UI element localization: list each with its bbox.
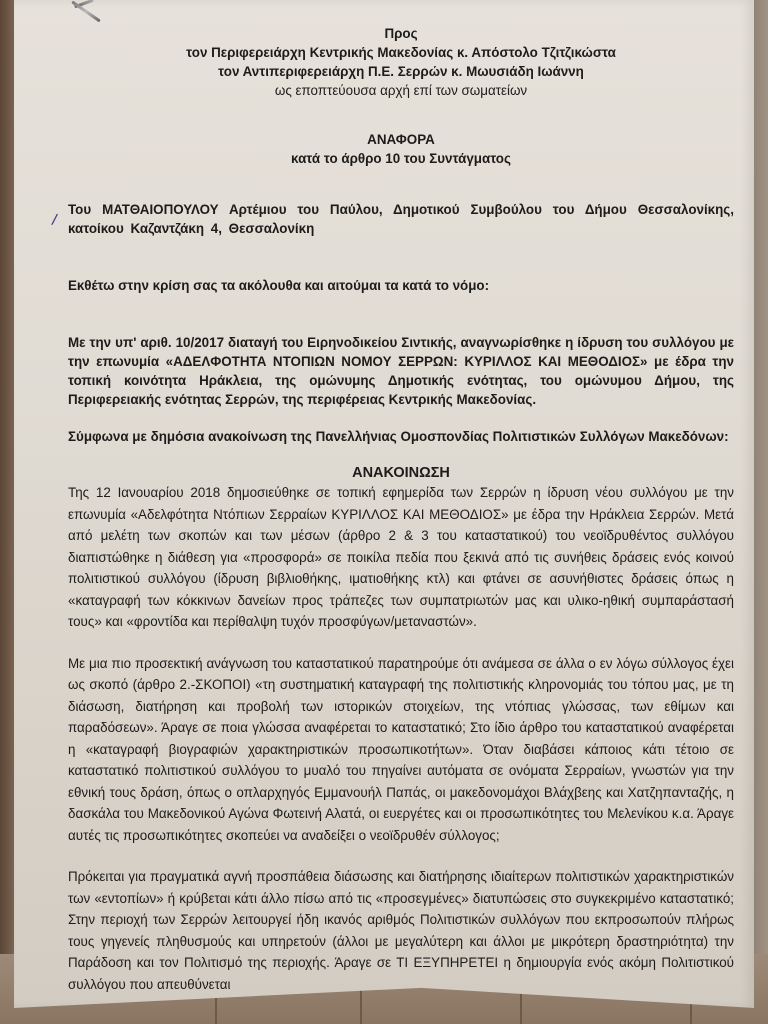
to-label: Προς [68,24,734,43]
sender-paragraph: Του ΜΑΤΘΑΙΟΠΟΥΛΟΥ Αρτέμιου του Παύλου, Δ… [68,200,734,238]
document-page: / Προς τον Περιφερειάρχη Κεντρικής Μακεδ… [14,0,754,1008]
announcement-paragraph: Της 12 Ιανουαρίου 2018 δημοσιεύθηκε σε τ… [68,482,734,633]
document-title: ΑΝΑΦΟΡΑ [68,130,734,149]
addressee-line-2: τον Αντιπεριφερειάρχη Π.Ε. Σερρών κ. Μωυ… [68,62,734,81]
document-content: Προς τον Περιφερειάρχη Κεντρικής Μακεδον… [68,24,734,995]
according-paragraph: Σύμφωνα με δημόσια ανακοίνωση της Πανελλ… [68,427,734,446]
announcement-paragraph: Πρόκειται για πραγματικά αγνή προσπάθεια… [68,866,734,995]
pen-mark: / [50,212,58,231]
addressee-block: Προς τον Περιφερειάρχη Κεντρικής Μακεδον… [68,24,734,100]
intro-paragraph: Εκθέτω στην κρίση σας τα ακόλουθα και αι… [68,276,734,295]
backdrop-wall-right [752,0,768,1024]
decision-paragraph: Με την υπ' αριθ. 10/2017 διαταγή του Ειρ… [68,333,734,409]
addressee-line-1: τον Περιφερειάρχη Κεντρικής Μακεδονίας κ… [68,43,734,62]
announcement-title: ΑΝΑΚΟΙΝΩΣΗ [68,464,734,482]
backdrop-wood-left [0,0,14,1024]
addressee-line-3: ως εποπτεύουσα αρχή επί των σωματείων [68,81,734,100]
document-subtitle: κατά το άρθρο 10 του Συντάγματος [68,149,734,168]
announcement-paragraph: Με μια πιο προσεκτική ανάγνωση του κατασ… [68,653,734,847]
title-block: ΑΝΑΦΟΡΑ κατά το άρθρο 10 του Συντάγματος [68,130,734,168]
